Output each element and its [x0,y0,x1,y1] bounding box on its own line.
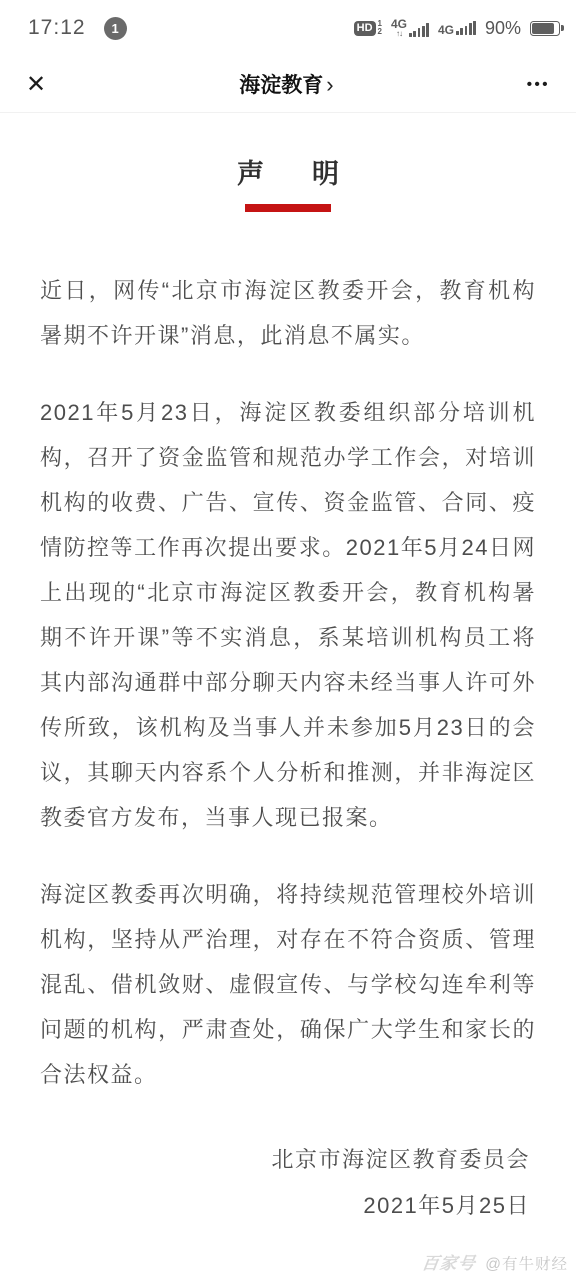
more-menu-icon[interactable]: ••• [527,76,550,93]
battery-percent: 90% [485,18,521,39]
data-arrows-icon: ↑↓ [396,30,402,38]
phone-screen: 17:12 1 HD 1 2 4G ↑↓ 4G [0,0,576,1280]
status-left: 17:12 1 [28,16,127,40]
account-title[interactable]: 海淀教育› [46,69,527,99]
dual-sim-indicator: 1 2 [378,20,382,36]
nav-bar: ✕ 海淀教育› ••• [0,56,576,113]
title-underline [245,204,331,212]
paragraph-2: 2021年5月23日，海淀区教委组织部分培训机构，召开了资金监管和规范办学工作会… [40,390,536,840]
sim1-signal-icon: 4G ↑↓ [391,18,429,38]
chevron-right-icon: › [326,72,333,97]
paragraph-3: 海淀区教委再次明确，将持续规范管理校外培训机构，坚持从严治理，对存在不符合资质、… [40,872,536,1097]
signature-block: 北京市海淀区教育委员会 2021年5月25日 [40,1137,536,1229]
signal-bars-icon [409,23,429,38]
signature-date: 2021年5月25日 [40,1183,530,1229]
close-icon[interactable]: ✕ [26,70,46,99]
statement-title: 声明 [40,158,536,190]
signature-org: 北京市海淀区教育委员会 [40,1137,530,1183]
sim2-signal-icon: 4G [438,21,476,36]
watermark-author: @有牛财经 [485,1252,568,1274]
notification-count-badge: 1 [104,17,127,40]
status-bar: 17:12 1 HD 1 2 4G ↑↓ 4G [0,0,576,56]
article-body: 声明 近日，网传“北京市海淀区教委开会，教育机构暑期不许开课”消息，此消息不属实… [0,113,576,1229]
clock: 17:12 [28,16,86,40]
platform-logo: 百家号 [420,1249,478,1274]
battery-icon [530,21,560,36]
watermark: 百家号 @有牛财经 [422,1249,568,1274]
signal-bars-icon [456,21,476,36]
paragraph-1: 近日，网传“北京市海淀区教委开会，教育机构暑期不许开课”消息，此消息不属实。 [40,268,536,358]
volte-hd-icon: HD 1 2 [354,20,382,36]
status-right: HD 1 2 4G ↑↓ 4G 90% [354,18,566,39]
